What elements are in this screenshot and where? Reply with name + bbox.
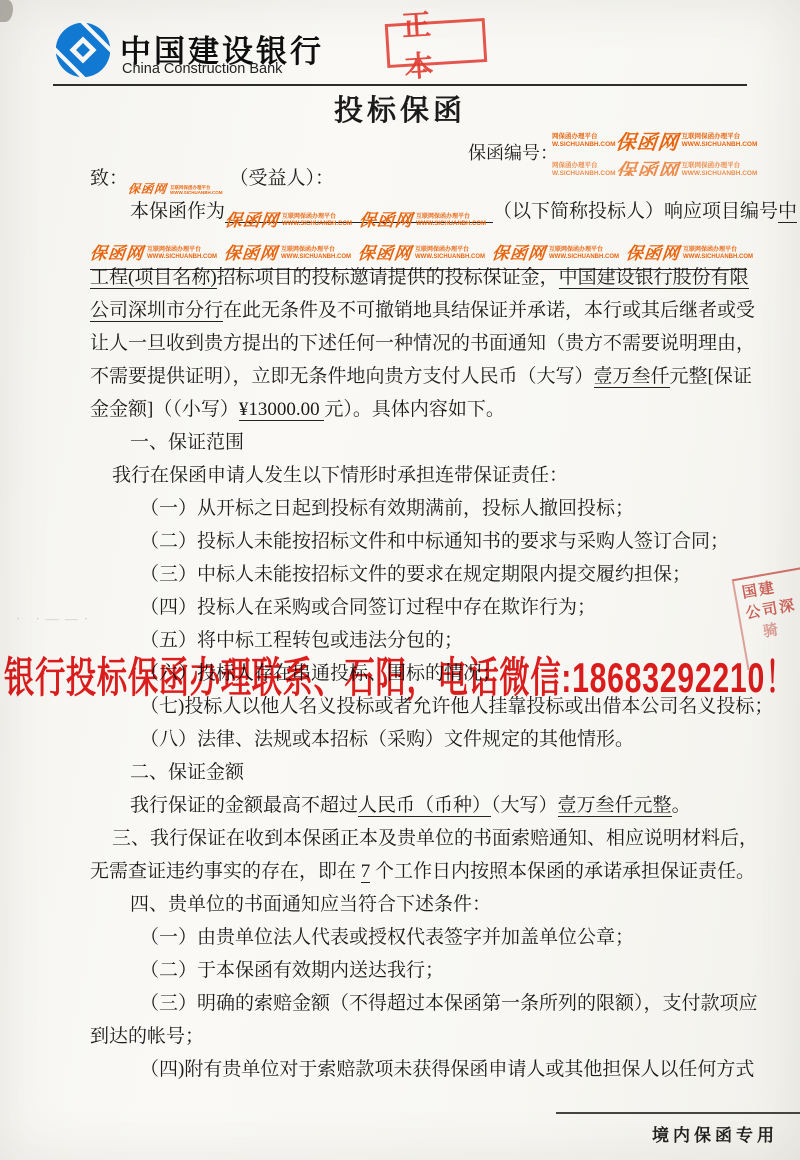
text-segment: 无需查证违约事实的存在，即在 (90, 861, 361, 882)
watermark-unit: 网保函办理平台W.SICHUANBH.COM保函网互联网保函办理平台WWW.SI… (549, 126, 757, 155)
watermark-logo-text: 保函网 (225, 204, 281, 236)
text-segment: 在此无条件及不可撤销地具结保证并承诺，本行或其后继者或受 (223, 300, 755, 321)
text-segment: 招标项目的投标邀请提供的投标保证金， (217, 267, 559, 288)
text-segment: （二）投标人未能按招标文件和中标通知书的要求与采购人签订合同； (140, 531, 729, 552)
doc-line: （四)附有贵单位对于索赔款项未获得保函申请人或其他担保人以任何方式 (90, 1053, 754, 1086)
scan-smudge (0, 0, 13, 22)
scan-smudge: · ·――· (16, 616, 116, 621)
watermark-logo-text: 保函网 (128, 173, 169, 205)
underlined-text: 壹万叁仟 (594, 366, 670, 388)
text-segment: 我行保证的金额最高不超过 (130, 795, 358, 816)
watermark-small-text: 互联网保函办理平台WWW.SICHUANBH.COM (281, 247, 351, 260)
doc-line: （二）于本保函有效期内送达我行； (90, 954, 754, 987)
doc-line: 无需查证违约事实的存在，即在 7 个工作日内按照本保函的承诺承担保证责任。 (90, 855, 754, 888)
document-body: 致：保函网互联网保函办理平台WWW.SICHUANBH.COM保函网互联网保函办… (90, 162, 754, 1086)
doc-line: （八）法律、法规或本招标（采购）文件规定的其他情形。 (90, 723, 754, 756)
underlined-blank: 保函网互联网保函办理平台WWW.SICHUANBH.COM保函网互联网保函办理平… (225, 201, 493, 223)
header-divider (53, 84, 747, 86)
doc-line: 金金额]（（小写）¥13000.00 元）。具体内容如下。 (90, 393, 754, 426)
bank-name-en: China Construction Bank (122, 61, 282, 77)
watermark-small-text: 互联网保函办理平台WWW.SICHUANBH.COM (415, 247, 485, 260)
text-segment: 二、保证金额 (130, 762, 244, 783)
watermark-small-text: 互联网保函办理平台WWW.SICHUANBH.COM (170, 185, 223, 195)
text-segment: 致： (90, 168, 128, 189)
text-segment: 不需要提供证明），立即无条件地向贵方支付人民币（大写） (90, 366, 594, 387)
doc-line: 致：保函网互联网保函办理平台WWW.SICHUANBH.COM保函网互联网保函办… (90, 162, 754, 195)
doc-line: 四、贵单位的书面通知应当符合下述条件： (90, 888, 754, 921)
text-segment: （以下简称投标人）响应项目编号 (493, 201, 778, 222)
text-segment: （四)附有贵单位对于索赔款项未获得保函申请人或其他担保人以任何方式 (140, 1059, 754, 1080)
ad-overlay-text: 银行投标保函办理联系、石阳，电话微信:18683292210！ (4, 645, 796, 705)
underlined-text: 7 (361, 861, 371, 883)
watermark-logo-text: 保函网 (624, 237, 681, 269)
doc-line: （一）从开标之日起到投标有效期满前，投标人撤回投标； (90, 492, 754, 525)
watermark-logo-text: 保函网 (356, 237, 413, 269)
doc-line: 保函网互联网保函办理平台WWW.SICHUANBH.COM保函网互联网保函办理平… (90, 228, 754, 261)
watermark-small-text: 互联网保函办理平台WWW.SICHUANBH.COM (549, 247, 619, 260)
watermark-small-text: 互联网保函办理平台WWW.SICHUANBH.COM (147, 247, 217, 260)
watermark-logo-text: 保函网 (614, 126, 680, 155)
watermark-small-text: 互联网保函办理平台WWW.SICHUANBH.COM (682, 133, 758, 148)
text-segment: 到达的帐号； (90, 1026, 204, 1047)
doc-line: 公司深圳市分行在此无条件及不可撤销地具结保证并承诺，本行或其后继者或受 (90, 294, 754, 327)
underlined-text: 中国建设银行股份有限 (559, 267, 749, 289)
doc-line: 到达的帐号； (90, 1020, 754, 1053)
watermark-small-text: 互联网保函办理平台WWW.SICHUANBH.COM (282, 214, 352, 227)
doc-line: 我行在保函申请人发生以下情形时承担连带保证责任： (90, 459, 754, 492)
doc-line: 让人一旦收到贵方提出的下述任何一种情况的书面通知（贵方不需要说明理由， (90, 327, 754, 360)
doc-line: （四）投标人在采购或合同签订过程中存在欺诈行为； (90, 591, 754, 624)
watermark-small-text: 网保函办理平台W.SICHUANBH.COM (552, 133, 616, 148)
underlined-text: 人民币（币种） (358, 795, 491, 817)
doc-line: 我行保证的金额最高不超过人民币（币种）（大写）壹万叁仟元整。 (90, 789, 754, 822)
doc-line: （一）由贵单位法人代表或授权代表签字并加盖单位公章； (90, 921, 754, 954)
doc-line: 三、我行保证在收到本保函正本及贵单位的书面索赔通知、相应说明材料后， (90, 822, 754, 855)
doc-line: （三）明确的索赔金额（不得超过本保函第一条所列的限额），支付款项应 (90, 987, 754, 1020)
footer-divider (556, 1112, 800, 1114)
text-segment: 元）。具体内容如下。 (324, 399, 505, 420)
watermark-small-text: 互联网保函办理平台WWW.SICHUANBH.COM (416, 214, 486, 227)
text-segment: 一、保证范围 (130, 432, 244, 453)
underlined-text: 中 (778, 201, 797, 223)
text-segment: 让人一旦收到贵方提出的下述任何一种情况的书面通知（贵方不需要说明理由， (90, 333, 755, 354)
underlined-text: ¥13000.00 (239, 399, 325, 421)
text-segment: 我行在保函申请人发生以下情形时承担连带保证责任： (112, 465, 568, 486)
text-segment: （四）投标人在采购或合同签订过程中存在欺诈行为； (140, 597, 596, 618)
text-segment: （三）中标人未能按招标文件的要求在规定期限内提交履约担保； (140, 564, 691, 585)
watermark-small-text: 互联网保函办理平台WWW.SICHUANBH.COM (683, 247, 753, 260)
text-segment: （一）由贵单位法人代表或授权代表签字并加盖单位公章； (140, 927, 634, 948)
text-segment: （一）从开标之日起到投标有效期满前，投标人撤回投标； (140, 498, 634, 519)
text-segment: （三）明确的索赔金额（不得超过本保函第一条所列的限额），支付款项应 (140, 993, 758, 1014)
watermark-logo-text: 保函网 (357, 204, 414, 236)
watermark-logo-text: 保函网 (222, 237, 279, 269)
watermark-logo-text: 保函网 (90, 237, 146, 269)
text-segment: （受益人）： (230, 168, 335, 189)
doc-line: （二）投标人未能按招标文件和中标通知书的要求与采购人签订合同； (90, 525, 754, 558)
text-segment: （八）法律、法规或本招标（采购）文件规定的其他情形。 (140, 729, 634, 750)
footer-label: 境内保函专用 (652, 1121, 778, 1146)
underlined-text: 壹万叁仟元整 (558, 795, 672, 817)
ccb-logo-icon (54, 21, 112, 79)
underlined-text: 工程(项目名称) (90, 267, 217, 289)
text-segment: （大写） (491, 795, 558, 816)
doc-line: （三）中标人未能按招标文件的要求在规定期限内提交履约担保； (90, 558, 754, 591)
text-segment: （二）于本保函有效期内送达我行； (140, 960, 444, 981)
underlined-text: 公司深圳市分行 (90, 300, 223, 322)
text-segment: 。 (672, 795, 691, 816)
scanned-guarantee-document: 中国建设银行 China Construction Bank 正本 投标保函 保… (0, 0, 800, 1160)
document-title: 投标保函 (0, 88, 800, 129)
text-segment: 元整[保证 (670, 366, 752, 387)
text-segment: 金金额]（（小写） (90, 399, 239, 420)
watermark-logo-text: 保函网 (490, 237, 547, 269)
text-segment: 个工作日内按照本保函的承诺承担保证责任。 (370, 861, 755, 882)
doc-line: 二、保证金额 (90, 756, 754, 789)
original-stamp: 正本 (385, 18, 487, 68)
doc-line: 本保函作为保函网互联网保函办理平台WWW.SICHUANBH.COM保函网互联网… (90, 195, 754, 228)
text-segment: 四、贵单位的书面通知应当符合下述条件： (130, 894, 491, 915)
text-segment: 三、我行保证在收到本保函正本及贵单位的书面索赔通知、相应说明材料后， (112, 828, 758, 849)
doc-line: 不需要提供证明），立即无条件地向贵方支付人民币（大写）壹万叁仟元整[保证 (90, 360, 754, 393)
doc-line: 一、保证范围 (90, 426, 754, 459)
